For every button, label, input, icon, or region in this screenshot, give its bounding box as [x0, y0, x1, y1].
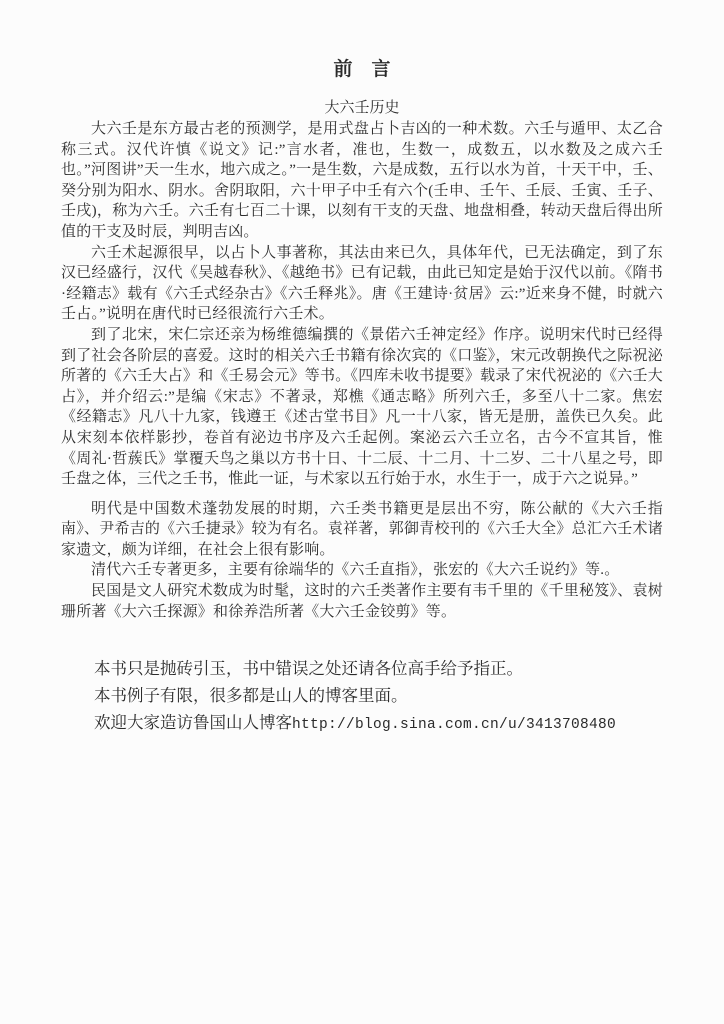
- blog-url: http://blog.sina.com.cn/u/3413708480: [292, 717, 616, 733]
- page-title: 前 言: [61, 58, 663, 82]
- note-correction: 本书只是抛砖引玉，书中错误之处还请各位高手给予指正。: [61, 655, 663, 682]
- document-page: 前 言 大六壬历史 大六壬是东方最古老的预测学，是用式盘占卜吉凶的一种术数。六壬…: [0, 0, 724, 1024]
- paragraph-origin: 六壬术起源很早，以占卜人事著称，其法由来已久，具体年代，已无法确定，到了东汉已经…: [61, 243, 663, 325]
- blog-invite-text: 欢迎大家造访鲁国山人博客: [94, 713, 292, 732]
- note-examples: 本书例子有限，很多都是山人的博客里面。: [61, 682, 663, 709]
- section-title: 大六壬历史: [61, 98, 663, 119]
- paragraph-intro: 大六壬是东方最古老的预测学，是用式盘占卜吉凶的一种术数。六壬与遁甲、太乙合称三式…: [61, 119, 663, 243]
- paragraph-ming-dynasty: 明代是中国数术蓬勃发展的时期，六壬类书籍更是层出不穷，陈公献的《大六壬指南》、尹…: [61, 499, 663, 561]
- paragraph-republic-era: 民国是文人研究术数成为时髦，这时的六壬类著作主要有韦千里的《千里秘笈》、袁树珊所…: [61, 581, 663, 622]
- paragraph-qing-dynasty: 清代六壬专著更多，主要有徐端华的《六壬直指》，张宏的《大六壬说约》等.。: [61, 560, 663, 581]
- author-note-block: 本书只是抛砖引玉，书中错误之处还请各位高手给予指正。 本书例子有限，很多都是山人…: [61, 655, 663, 739]
- note-blog: 欢迎大家造访鲁国山人博客http://blog.sina.com.cn/u/34…: [61, 709, 663, 739]
- paragraph-song-dynasty: 到了北宋，宋仁宗还亲为杨维德编撰的《景偌六壬神定经》作序。说明宋代时已经得到了社…: [61, 325, 663, 490]
